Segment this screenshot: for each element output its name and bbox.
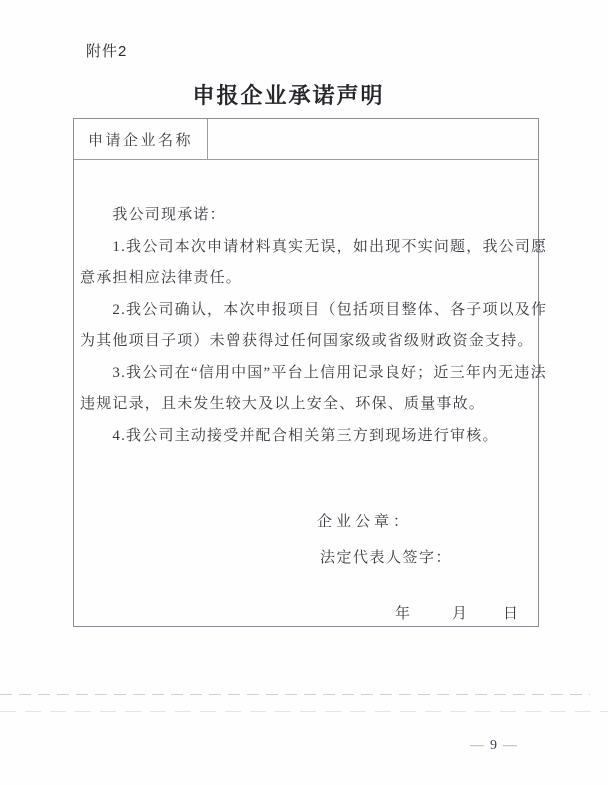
- declaration-line: 3.我公司在“信用中国”平台上信用记录良好；近三年内无违法: [80, 358, 538, 390]
- date-line: 年月日: [395, 602, 518, 623]
- declaration-line: 1.我公司本次申请材料真实无误，如出现不实问题，我公司愿: [80, 232, 538, 264]
- declaration-line: 意承担相应法律责任。: [80, 263, 538, 295]
- declaration-line: 违规记录，且未发生较大及以上安全、环保、质量事故。: [80, 389, 538, 421]
- page-number-right-dash: —: [503, 738, 517, 754]
- document-title: 申报企业承诺声明: [0, 79, 577, 110]
- date-month-label: 月: [452, 606, 467, 622]
- company-name-row: 申请企业名称: [74, 119, 538, 160]
- scanned-document-page: { "page": { "attachment_label": "附件2", "…: [0, 0, 608, 785]
- declaration-line: 我公司现承诺：: [80, 200, 538, 232]
- date-day-label: 日: [503, 606, 518, 622]
- company-seal-label: 企业公章：: [317, 510, 412, 531]
- date-year-label: 年: [395, 606, 410, 622]
- declaration-line: 2.我公司确认，本次申报项目（包括项目整体、各子项以及作: [80, 295, 538, 327]
- company-name-label: 申请企业名称: [74, 119, 208, 159]
- declaration-line: 4.我公司主动接受并配合相关第三方到现场进行审核。: [80, 421, 538, 453]
- scan-artifact-line: [0, 694, 590, 695]
- declaration-text: 我公司现承诺： 1.我公司本次申请材料真实无误，如出现不实问题，我公司愿 意承担…: [80, 200, 538, 452]
- company-name-value-cell: [208, 119, 538, 159]
- page-number-value: 9: [490, 738, 497, 754]
- attachment-label: 附件2: [86, 40, 127, 61]
- page-number: — 9 —: [470, 738, 517, 754]
- page-number-left-dash: —: [470, 738, 484, 754]
- declaration-table: 申请企业名称 我公司现承诺： 1.我公司本次申请材料真实无误，如出现不实问题，我…: [73, 118, 539, 627]
- legal-representative-signature-label: 法定代表人签字：: [320, 546, 452, 567]
- declaration-body-cell: 我公司现承诺： 1.我公司本次申请材料真实无误，如出现不实问题，我公司愿 意承担…: [74, 160, 538, 626]
- scan-artifact-line: [0, 711, 608, 712]
- declaration-line: 为其他项目子项）未曾获得过任何国家级或省级财政资金支持。: [80, 326, 538, 358]
